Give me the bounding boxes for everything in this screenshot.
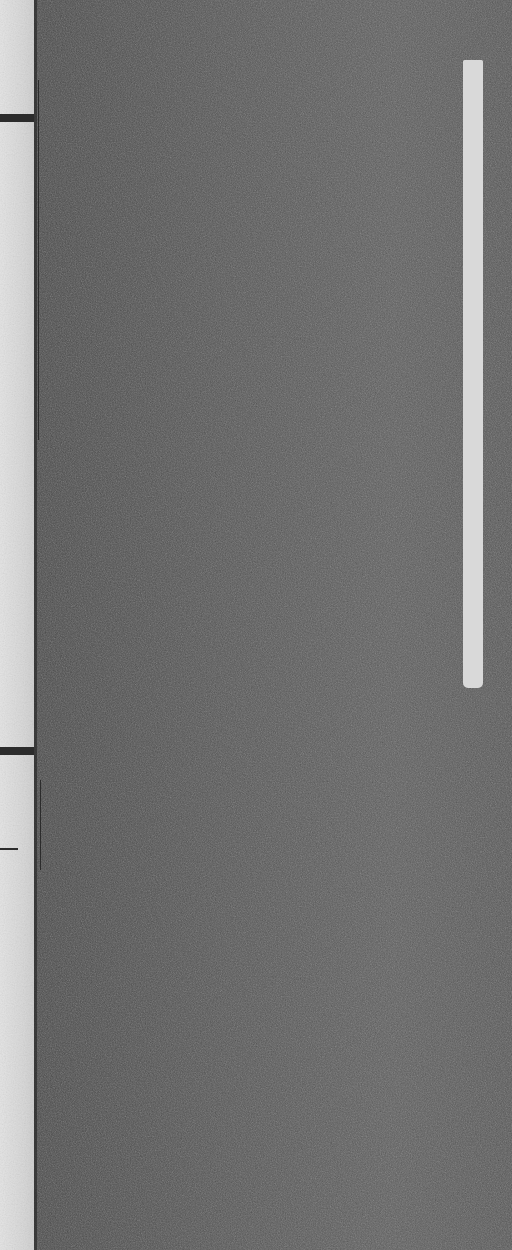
curb-joint [0, 114, 34, 122]
pavement-crack [38, 80, 39, 440]
pavement-crack [40, 780, 41, 870]
lane-marking [463, 60, 483, 688]
curb-edge-shadow [34, 0, 37, 1250]
curb-crack [0, 848, 18, 850]
asphalt-surface [34, 0, 512, 1250]
curb-joint [0, 747, 34, 755]
asphalt-texture [34, 0, 512, 1250]
curb-texture [0, 0, 34, 1250]
road-scene [0, 0, 512, 1250]
curb [0, 0, 34, 1250]
